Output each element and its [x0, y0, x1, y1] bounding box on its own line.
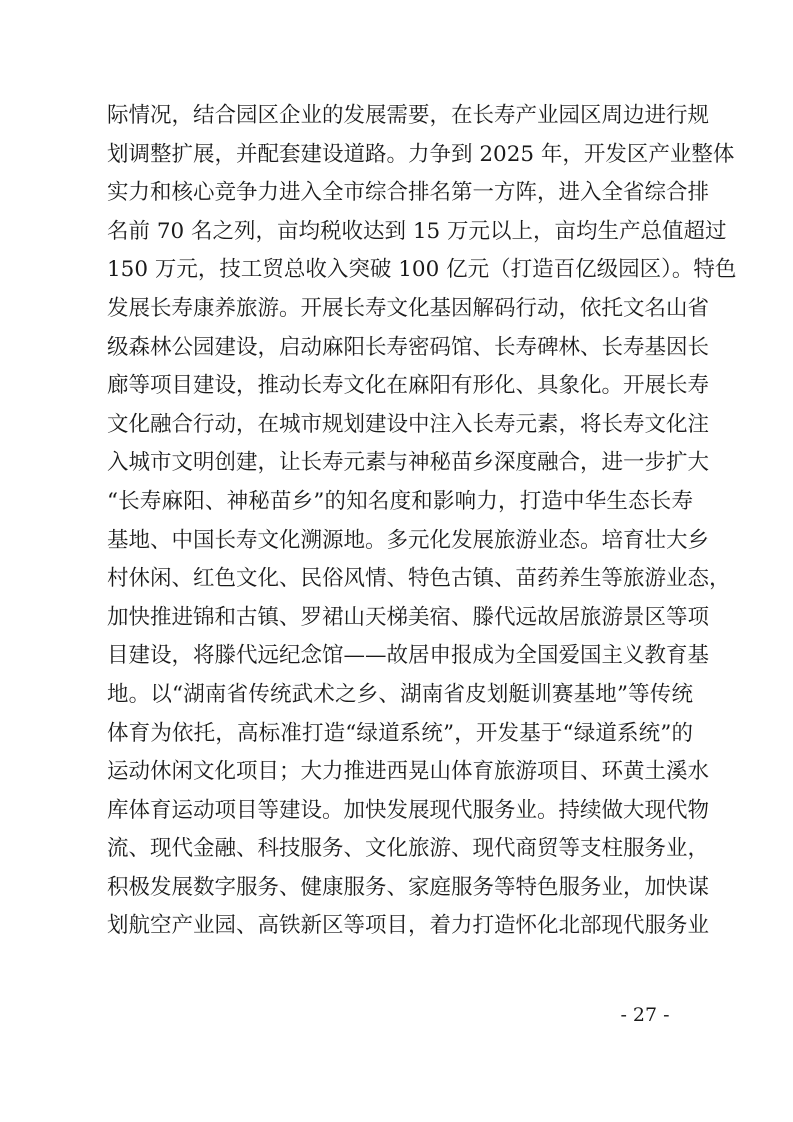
text-line: 150 万元，技工贸总收入突破 100 亿元（打造百亿级园区）。特色 [107, 251, 693, 290]
text-line: 目建设，将滕代远纪念馆——故居申报成为全国爱国主义教育基 [107, 637, 693, 676]
text-line: 基地、中国长寿文化溯源地。多元化发展旅游业态。培育壮大乡 [107, 522, 693, 561]
document-page: 际情况，结合园区企业的发展需要，在长寿产业园区周边进行规 划调整扩展，并配套建设… [0, 0, 793, 1122]
text-line: 文化融合行动，在城市规划建设中注入长寿元素，将长寿文化注 [107, 406, 693, 445]
text-line: 划调整扩展，并配套建设道路。力争到 2025 年，开发区产业整体 [107, 136, 693, 175]
text-line: 库体育运动项目等建设。加快发展现代服务业。持续做大现代物 [107, 792, 693, 831]
body-text: 际情况，结合园区企业的发展需要，在长寿产业园区周边进行规 划调整扩展，并配套建设… [107, 97, 697, 946]
text-line: 地。以“湖南省传统武术之乡、湖南省皮划艇训赛基地”等传统 [107, 676, 693, 715]
text-line: 廊等项目建设，推动长寿文化在麻阳有形化、具象化。开展长寿 [107, 367, 693, 406]
text-line: 体育为依托，高标准打造“绿道系统”，开发基于“绿道系统”的 [107, 715, 693, 754]
text-line: 流、现代金融、科技服务、文化旅游、现代商贸等支柱服务业， [107, 830, 693, 869]
text-line: 入城市文明创建，让长寿元素与神秘苗乡深度融合，进一步扩大 [107, 444, 693, 483]
text-line: 名前 70 名之列，亩均税收达到 15 万元以上，亩均生产总值超过 [107, 213, 693, 252]
text-line: “长寿麻阳、神秘苗乡”的知名度和影响力，打造中华生态长寿 [107, 483, 693, 522]
text-line: 发展长寿康养旅游。开展长寿文化基因解码行动，依托文名山省 [107, 290, 693, 329]
text-line: 村休闲、红色文化、民俗风情、特色古镇、苗药养生等旅游业态， [107, 560, 693, 599]
text-line: 运动休闲文化项目；大力推进西晃山体育旅游项目、环黄土溪水 [107, 753, 693, 792]
text-line: 划航空产业园、高铁新区等项目，着力打造怀化北部现代服务业 [107, 907, 693, 946]
text-line: 加快推进锦和古镇、罗裙山天梯美宿、滕代远故居旅游景区等项 [107, 599, 693, 638]
text-line: 级森林公园建设，启动麻阳长寿密码馆、长寿碑林、长寿基因长 [107, 329, 693, 368]
text-line: 际情况，结合园区企业的发展需要，在长寿产业园区周边进行规 [107, 97, 693, 136]
page-number: - 27 - [612, 1002, 678, 1028]
text-line: 积极发展数字服务、健康服务、家庭服务等特色服务业，加快谋 [107, 869, 693, 908]
text-line: 实力和核心竞争力进入全市综合排名第一方阵，进入全省综合排 [107, 174, 693, 213]
